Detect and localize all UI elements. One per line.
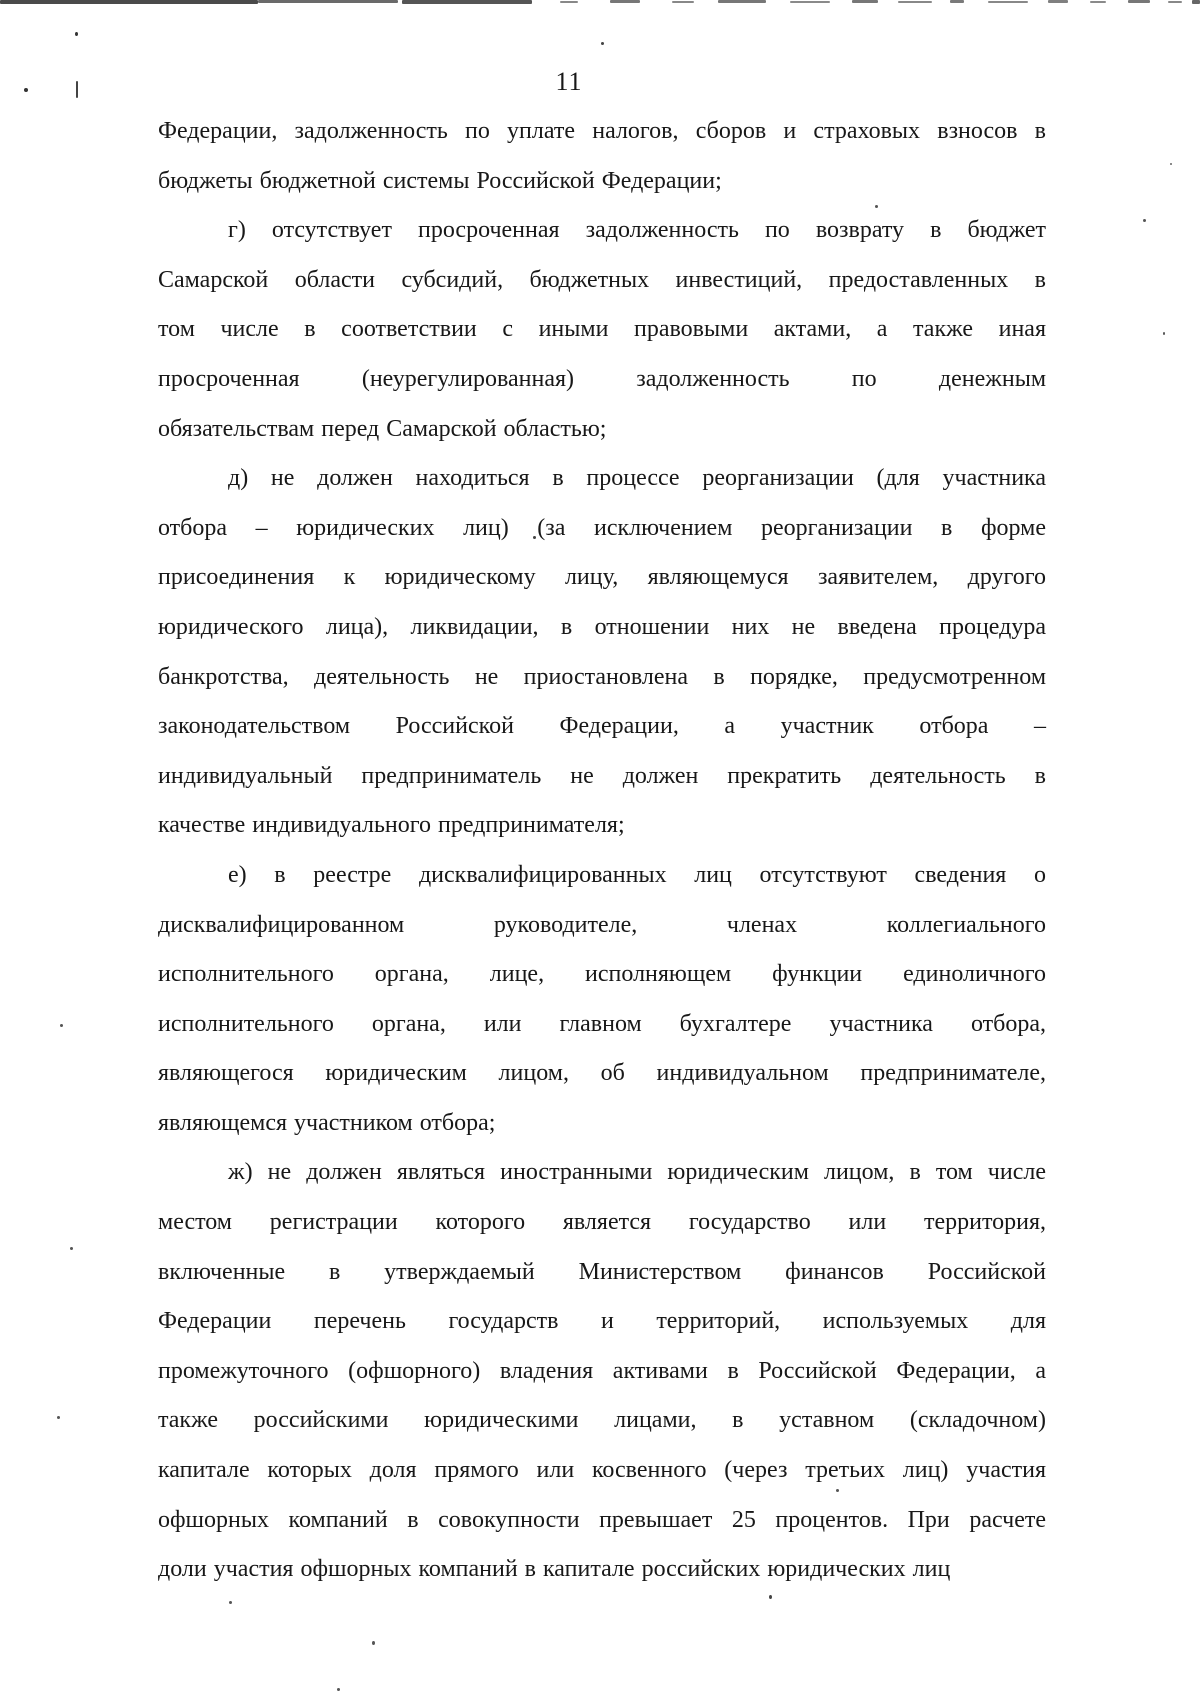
- scan-artifact: [898, 1, 932, 3]
- text-line: Федерации, задолженность по уплате налог…: [158, 107, 1046, 157]
- text-line: дисквалифицированном руководителе, члена…: [158, 901, 1046, 951]
- scanned-document-page: 11 Федерации, задолженность по уплате на…: [0, 0, 1200, 1708]
- text-line: бюджеты бюджетной системы Российской Фед…: [158, 157, 1046, 207]
- text-line: ж) не должен являться иностранными юриди…: [158, 1148, 1046, 1198]
- text-line: являющегося юридическим лицом, об индиви…: [158, 1049, 1046, 1099]
- text-line: также российскими юридическими лицами, в…: [158, 1396, 1046, 1446]
- text-line: законодательством Российской Федерации, …: [158, 702, 1046, 752]
- scan-artifact: [1090, 1, 1106, 3]
- text-line: исполнительного органа, лице, исполняюще…: [158, 950, 1046, 1000]
- scan-artifact: [229, 1601, 232, 1604]
- paragraph-item-d: д) не должен находиться в процессе реорг…: [158, 454, 1046, 851]
- text-line: офшорных компаний в совокупности превыша…: [158, 1496, 1046, 1546]
- text-line: г) отсутствует просроченная задолженност…: [158, 206, 1046, 256]
- text-line: юридического лица), ликвидации, в отноше…: [158, 603, 1046, 653]
- scan-artifact: [258, 0, 398, 3]
- document-body: Федерации, задолженность по уплате налог…: [158, 107, 1046, 1595]
- scan-artifact: [852, 0, 878, 3]
- scan-artifact: [57, 1416, 60, 1419]
- scan-artifact: [1143, 219, 1146, 222]
- scan-artifact: [610, 0, 640, 3]
- paragraph-item-e: е) в реестре дисквалифицированных лиц от…: [158, 851, 1046, 1149]
- text-line: включенные в утверждаемый Министерством …: [158, 1248, 1046, 1298]
- paragraph-item-g: г) отсутствует просроченная задолженност…: [158, 206, 1046, 454]
- text-line: Самарской области субсидий, бюджетных ин…: [158, 256, 1046, 306]
- scan-artifact: [718, 0, 766, 3]
- paragraph-continuation-paragraph: Федерации, задолженность по уплате налог…: [158, 107, 1046, 206]
- scan-artifact: [988, 1, 1028, 3]
- scan-artifact: [1048, 0, 1068, 3]
- text-line: банкротства, деятельность не приостановл…: [158, 653, 1046, 703]
- scan-artifact: [950, 0, 964, 3]
- text-line: исполнительного органа, или главном бухг…: [158, 1000, 1046, 1050]
- text-line: просроченная (неурегулированная) задолже…: [158, 355, 1046, 405]
- scan-artifact: [769, 1595, 772, 1599]
- scan-artifact: [560, 1, 578, 3]
- scan-artifact: [24, 88, 28, 92]
- scan-artifact: [76, 81, 78, 98]
- text-line: промежуточного (офшорного) владения акти…: [158, 1347, 1046, 1397]
- scan-artifact: [1170, 163, 1172, 165]
- scan-artifact: [0, 0, 258, 4]
- scan-artifact: [601, 42, 604, 45]
- scan-artifact: [60, 1024, 63, 1027]
- text-line: отбора – юридических лиц) (за исключение…: [158, 504, 1046, 554]
- text-line: обязательствам перед Самарской областью;: [158, 405, 1046, 455]
- text-line: местом регистрации которого является гос…: [158, 1198, 1046, 1248]
- text-line: присоединения к юридическому лицу, являю…: [158, 553, 1046, 603]
- text-line: доли участия офшорных компаний в капитал…: [158, 1545, 1046, 1595]
- text-line: качестве индивидуального предпринимателя…: [158, 801, 1046, 851]
- text-line: индивидуальный предприниматель не должен…: [158, 752, 1046, 802]
- text-line: капитале которых доля прямого или косвен…: [158, 1446, 1046, 1496]
- text-line: являющемся участником отбора;: [158, 1099, 1046, 1149]
- scan-artifact: [337, 1688, 340, 1691]
- text-line: е) в реестре дисквалифицированных лиц от…: [158, 851, 1046, 901]
- scan-artifact: [1128, 0, 1150, 3]
- paragraph-item-zh: ж) не должен являться иностранными юриди…: [158, 1148, 1046, 1594]
- text-line: том числе в соответствии с иными правовы…: [158, 305, 1046, 355]
- scan-artifact: [70, 1247, 73, 1250]
- scan-artifact: [372, 1641, 375, 1645]
- page-number: 11: [158, 62, 1046, 102]
- text-line: Федерации перечень государств и территор…: [158, 1297, 1046, 1347]
- scan-artifact: [672, 1, 694, 3]
- scan-artifact: [1163, 332, 1165, 335]
- scan-artifact: [402, 0, 532, 4]
- scan-artifact: [1192, 0, 1200, 4]
- text-line: д) не должен находиться в процессе реорг…: [158, 454, 1046, 504]
- scan-artifact: [1168, 1, 1182, 3]
- scan-artifact: [75, 32, 78, 36]
- scan-artifact: [790, 1, 830, 3]
